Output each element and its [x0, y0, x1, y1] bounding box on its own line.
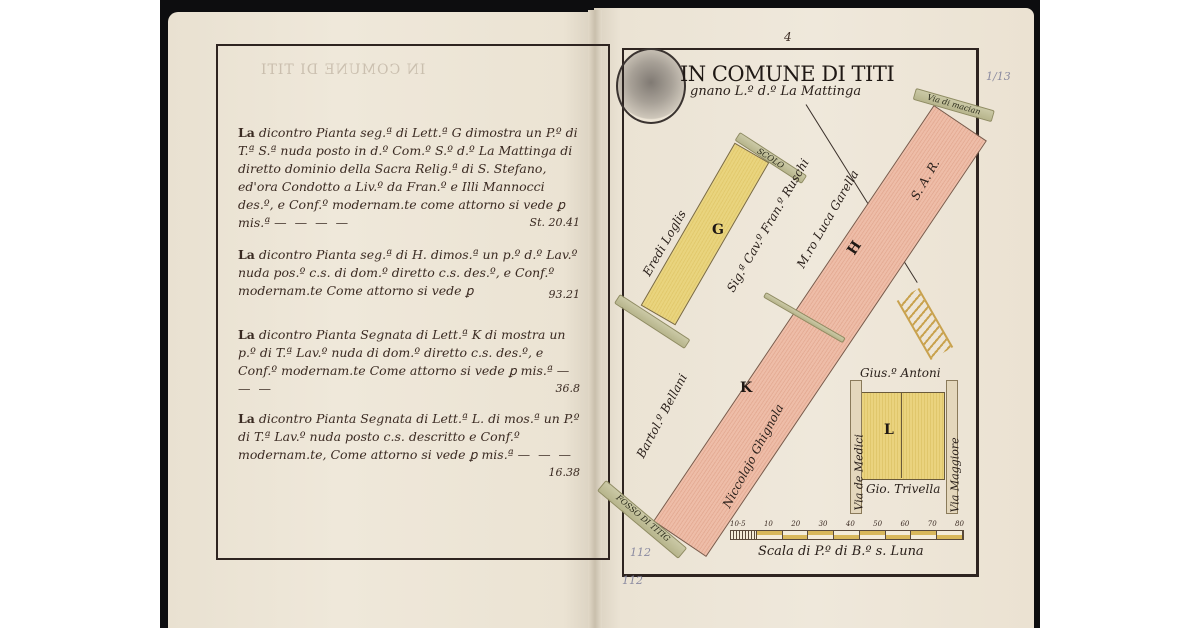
entry-text: dicontro Pianta seg.ª di H. dimos.ª un p… — [238, 247, 577, 298]
register-entry-g: La dicontro Pianta seg.ª di Lett.ª G dim… — [238, 124, 580, 232]
parcel-letter-k: K — [740, 380, 752, 396]
entry-text: dicontro Pianta Segnata di Lett.ª K di m… — [238, 327, 565, 378]
pencil-folio-note-2: 112 — [622, 574, 643, 587]
label-via-maggiore: Via Maggiore — [949, 437, 962, 512]
entry-amount: 36.8 — [556, 380, 581, 398]
scale-caption: Scala di P.º di B.º s. Luna — [758, 544, 924, 559]
register-entry-k: La dicontro Pianta Segnata di Lett.ª K d… — [238, 326, 580, 398]
entry-lead: La — [238, 125, 255, 140]
map-subtitle: gnano L.º d.º La Mattinga — [690, 84, 861, 99]
entry-amount: St. 20.41 — [530, 214, 580, 232]
label-gio-trivella: Gio. Trivella — [866, 482, 940, 496]
register-entry-l: La dicontro Pianta Segnata di Lett.ª L. … — [238, 410, 580, 482]
parcel-letter-g: G — [712, 222, 724, 238]
entry-lead: La — [238, 247, 255, 262]
bleed-through-heading: IN COMUNE DI TITI — [260, 62, 425, 78]
parcel-l — [861, 392, 945, 480]
entry-lead: La — [238, 411, 255, 426]
label-giuseppe-antoni: Gius.º Antoni — [860, 366, 941, 380]
entry-lead: La — [238, 327, 255, 342]
scale-bar — [730, 530, 964, 540]
map-title: IN COMUNE DI TITI — [680, 62, 894, 86]
coat-of-arms-stamp-icon — [616, 48, 686, 124]
register-entry-h: La dicontro Pianta seg.ª di H. dimos.ª u… — [238, 246, 580, 304]
entry-amount: 93.21 — [549, 286, 581, 304]
book-scan: IN COMUNE DI TITI La dicontro Pianta seg… — [160, 0, 1040, 628]
corner-note: 1/13 — [986, 70, 1011, 83]
scale-ticks: 10·5 10 20 30 40 50 60 70 80 — [730, 520, 964, 528]
label-via-de-medici: Via de Medici — [853, 434, 866, 510]
parcel-letter-l: L — [884, 422, 894, 438]
pencil-folio-note: 112 — [630, 546, 651, 559]
page-number: 4 — [784, 30, 792, 44]
entry-amount: 16.38 — [549, 464, 581, 482]
